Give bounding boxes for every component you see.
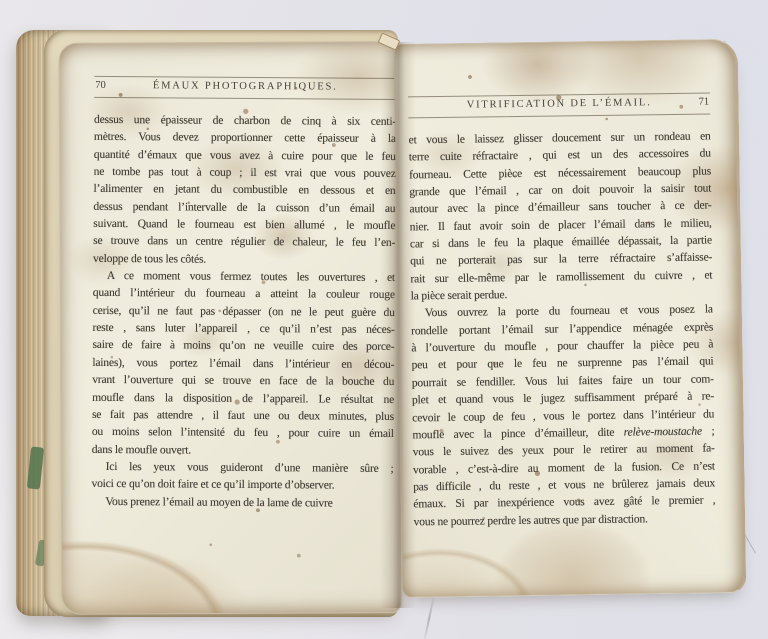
text-line: se trouve dans un centre régulier de cha… bbox=[93, 232, 395, 251]
text-line: Vous prenez l’émail au moyen de la lame … bbox=[91, 492, 393, 511]
text-line: veloppe de tous les côtés. bbox=[93, 250, 395, 269]
running-head-title: ÉMAUX PHOTOGRAPHIQUES. bbox=[153, 80, 338, 92]
text-line: dessus pendant l’intervalle de la cuisso… bbox=[93, 198, 395, 217]
text-line: reste , sans luter l’appareil , ce qu’il… bbox=[93, 319, 395, 338]
text-line: moufle dans la disposition de l’appareil… bbox=[92, 388, 394, 407]
text-line: laines), vous portez l’émail dans l’inté… bbox=[92, 354, 394, 373]
running-head-right: VITRIFICATION DE L’ÉMAIL. 71 bbox=[408, 92, 710, 118]
text-line: vous ne pourrez perdre les autres que pa… bbox=[413, 509, 715, 530]
text-line: quand l’intérieur du fourneau a atteint … bbox=[93, 284, 395, 303]
text-line: se fait pas attendre , il faut une ou de… bbox=[92, 406, 394, 425]
photo-backdrop: 70 ÉMAUX PHOTOGRAPHIQUES. dessus une épa… bbox=[0, 0, 768, 639]
running-head-left: 70 ÉMAUX PHOTOGRAPHIQUES. bbox=[94, 76, 396, 100]
book-page-right: VITRIFICATION DE L’ÉMAIL. 71 et vous le … bbox=[394, 39, 747, 598]
text-line: saire de faire à moins qu’on ne veuille … bbox=[92, 336, 394, 355]
page-number: 71 bbox=[699, 96, 710, 107]
backdrop-crease bbox=[423, 593, 436, 639]
text-line: voici ce qu’on doit faire et ce qu’il im… bbox=[91, 475, 393, 494]
text-line: vrant l’ouverture qui se trouve en face … bbox=[92, 371, 394, 390]
text-line: l’alimenter en jetant du combustible en … bbox=[93, 180, 395, 199]
text-line: cerise, qu’il ne faut pas dépasser (on n… bbox=[93, 302, 395, 321]
book-page-left: 70 ÉMAUX PHOTOGRAPHIQUES. dessus une épa… bbox=[59, 41, 402, 615]
text-line: quantité d’émaux que vous avez à cuire p… bbox=[94, 146, 396, 165]
page-left-content: 70 ÉMAUX PHOTOGRAPHIQUES. dessus une épa… bbox=[91, 76, 396, 512]
page-right-content: VITRIFICATION DE L’ÉMAIL. 71 et vous le … bbox=[408, 92, 716, 530]
text-line: dessus une épaisseur de charbon de cinq … bbox=[94, 111, 396, 130]
text-line: ne tombe pas tout à coup ; il est vrai q… bbox=[94, 163, 396, 182]
page-number: 70 bbox=[95, 80, 106, 91]
page-text-right: et vous le laissez glisser doucement sur… bbox=[409, 127, 716, 530]
text-line: dans le moufle ouvert. bbox=[92, 440, 394, 459]
running-head-title: VITRIFICATION DE L’ÉMAIL. bbox=[467, 97, 652, 110]
text-line: A ce moment vous fermez toutes les ouver… bbox=[93, 267, 395, 286]
text-line: mètres. Vous devez proportionner cette é… bbox=[94, 128, 396, 147]
page-text-left: dessus une épaisseur de charbon de cinq … bbox=[91, 111, 396, 512]
text-line: suivant. Quand le fourneau est bien allu… bbox=[93, 215, 395, 234]
text-line: Ici les yeux vous guideront d’une manièr… bbox=[92, 458, 394, 477]
text-line: ou moins selon l’intensité du feu , pour… bbox=[92, 423, 394, 442]
